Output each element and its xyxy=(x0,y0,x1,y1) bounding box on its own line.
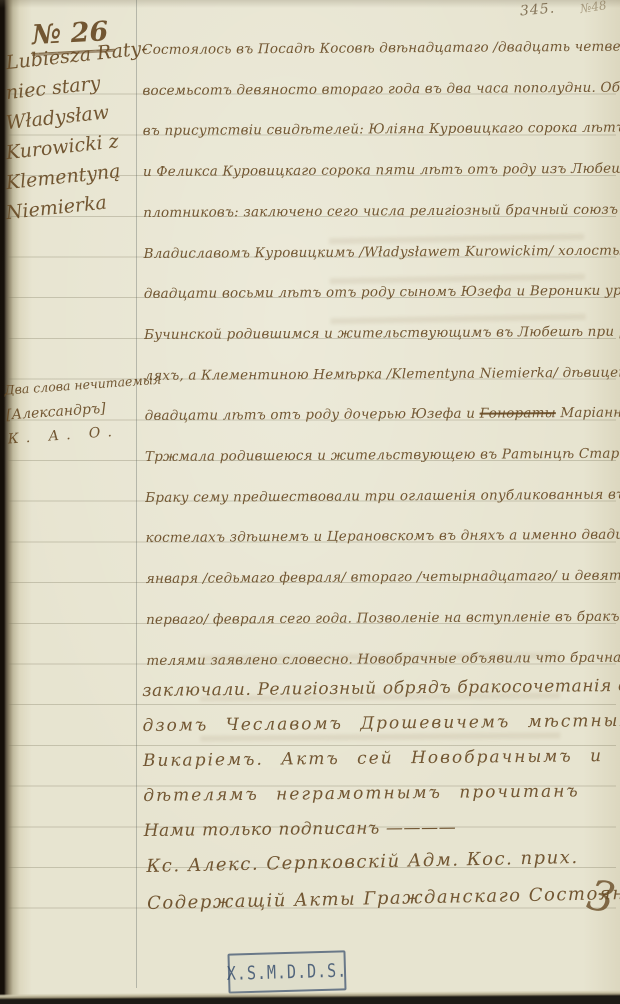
record-line: Состоялось въ Посадѣ Косовѣ двѣнадцатаго… xyxy=(142,27,616,71)
struck-word: Гонораты xyxy=(480,405,556,422)
record-line: костелахъ здѣшнемъ и Церановскомъ въ дня… xyxy=(145,515,619,559)
record-line: ляхъ, а Клементиною Немѣрка /Klementyna … xyxy=(144,352,618,396)
page-number-bleed: №48 xyxy=(579,0,607,16)
record-line: дзомъ Чеславомъ Дрошевичемъ мѣстнымъ xyxy=(142,704,616,744)
margin-party-names: Lubiesza Raty- niec stary Władysław Kuro… xyxy=(8,52,138,232)
record-line: заключали. Религіозный обрядъ бракосочет… xyxy=(142,669,616,709)
record-line: восемьсотъ девяносто втораго года въ два… xyxy=(142,67,616,111)
note-line: [Александръ] xyxy=(6,398,137,423)
record-line-segment: двадцати лѣтъ отъ роду дочерью Юзефа и xyxy=(145,406,480,424)
record-body-text: Состоялось въ Посадѣ Косовѣ двѣнадцатаго… xyxy=(142,27,620,682)
record-line-with-correction: двадцати лѣтъ отъ роду дочерью Юзефа и Г… xyxy=(145,393,619,437)
record-body-text-large: заключали. Религіозный обрядъ бракосочет… xyxy=(142,669,618,849)
scanned-register-page: 345. №48 № 26 Lubiesza Raty- niec stary … xyxy=(0,0,620,1004)
record-line: Владиславомъ Куровицкимъ /Władysławem Ku… xyxy=(143,230,617,274)
note-initials: К. А. О. xyxy=(7,422,138,447)
book-bottom-edge xyxy=(0,986,620,1004)
record-line: перваго/ февраля сего года. Позволеніе н… xyxy=(146,597,620,641)
margin-archivist-note: Два слова нечитаемыя [Александръ] К. А. … xyxy=(4,374,138,448)
record-line: января /седьмаго февраля/ втораго /четыр… xyxy=(146,556,620,600)
archive-stamp-text: X.S.M.D.D.S. xyxy=(227,959,348,985)
signature-block: Кс. Алекс. Серпковскій Адм. Кос. прих. С… xyxy=(146,838,617,922)
record-line: плотниковъ: заключено сего числа религіо… xyxy=(143,189,617,233)
record-line: Викаріемъ. Актъ сей Новобрачнымъ и сви- xyxy=(143,739,617,779)
record-line: двадцати восьми лѣтъ отъ роду сыномъ Юзе… xyxy=(144,271,618,315)
record-line: Тржмала родившеюся и жительствующею въ Р… xyxy=(145,434,619,478)
record-line-segment: Маріанны урожденной xyxy=(556,404,620,421)
page-number-pencil: 345. xyxy=(519,0,555,19)
record-line: Браку сему предшествовали три оглашенія … xyxy=(145,474,619,518)
record-line: Бучинской родившимся и жительствующимъ в… xyxy=(144,312,618,356)
record-line: и Феликса Куровицкаго сорока пяти лѣтъ о… xyxy=(143,149,617,193)
record-line: въ присутствіи свидѣтелей: Юліяна Курови… xyxy=(143,108,617,152)
note-line: Два слова нечитаемыя xyxy=(4,374,135,398)
record-line: дѣтелямъ неграмотнымъ прочитанъ xyxy=(143,774,617,814)
